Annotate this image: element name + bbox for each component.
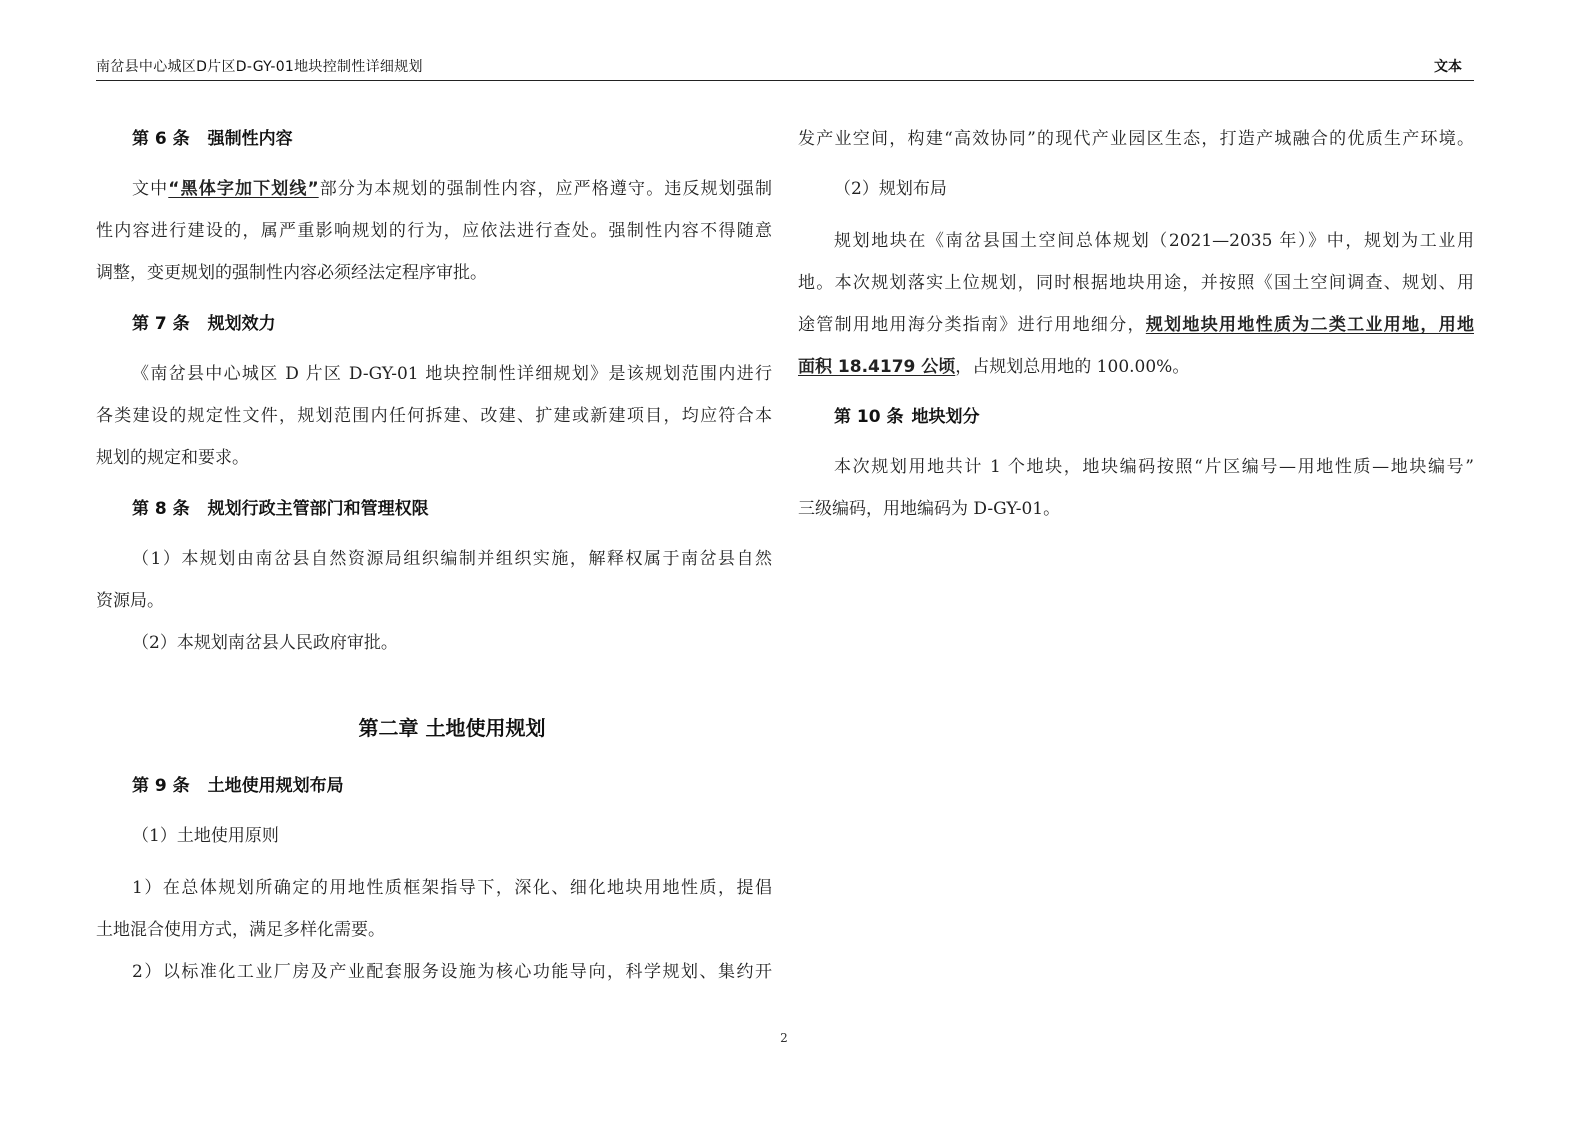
article-7-paragraph-line: 各类建设的规定性文件，规划范围内任何拆建、改建、扩建或新建项目，均应符合本	[96, 405, 772, 427]
emphasized-text: 面积 18.4179 公顷	[798, 357, 955, 377]
article-title: 土地使用规划布局	[208, 776, 344, 796]
article-6-paragraph-line: 调整，变更规划的强制性内容必须经法定程序审批。	[96, 262, 772, 284]
layout-paragraph-line: 地。本次规划落实上位规划，同时根据地块用途，并按照《国土空间调查、规划、用	[798, 272, 1474, 294]
article-10-paragraph-line: 三级编码，用地编码为 D-GY-01。	[798, 498, 1474, 520]
article-8-item-line: 资源局。	[96, 590, 772, 612]
article-10-heading: 第 10 条地块划分	[798, 406, 1510, 428]
page-header: 南岔县中心城区D片区D-GY-01地块控制性详细规划 文本	[96, 54, 1474, 81]
section-label: 文本	[1434, 56, 1462, 76]
article-9-point-line: 土地混合使用方式，满足多样化需要。	[96, 919, 772, 941]
layout-paragraph-line: 规划地块在《南岔县国土空间总体规划（2021—2035 年）》中，规划为工业用	[798, 230, 1474, 252]
article-title: 规划行政主管部门和管理权限	[208, 499, 429, 519]
article-title: 强制性内容	[208, 129, 293, 149]
article-number: 第 8 条	[132, 499, 190, 519]
text: ，占规划总用地的 100.00%。	[955, 357, 1189, 377]
article-9-point-line: 2）以标准化工业厂房及产业配套服务设施为核心功能导向，科学规划、集约开	[96, 961, 772, 983]
document-title: 南岔县中心城区D片区D-GY-01地块控制性详细规划	[96, 56, 423, 76]
article-7-paragraph-line: 规划的规定和要求。	[96, 447, 772, 469]
article-8-item-line: （2）本规划南岔县人民政府审批。	[96, 632, 772, 654]
emphasized-text: “黑体字加下划线”	[168, 179, 318, 199]
subsection-heading: （1）土地使用原则	[96, 825, 772, 847]
article-6-heading: 第 6 条强制性内容	[96, 128, 808, 150]
article-7-heading: 第 7 条规划效力	[96, 313, 808, 335]
article-number: 第 6 条	[132, 129, 190, 149]
article-title: 地块划分	[912, 407, 980, 427]
article-6-paragraph-line: 性内容进行建设的，属严重影响规划的行为，应依法进行查处。强制性内容不得随意	[96, 220, 772, 242]
article-number: 第 7 条	[132, 314, 190, 334]
article-9-point-line: 1）在总体规划所确定的用地性质框架指导下，深化、细化地块用地性质，提倡	[96, 877, 772, 899]
article-6-paragraph-line: 文中“黑体字加下划线”部分为本规划的强制性内容，应严格遵守。违反规划强制	[96, 178, 772, 200]
emphasized-text: 规划地块用地性质为二类工业用地，用地	[1146, 315, 1474, 335]
article-number: 第 9 条	[132, 776, 190, 796]
article-7-paragraph-line: 《南岔县中心城区 D 片区 D-GY-01 地块控制性详细规划》是该规划范围内进…	[96, 363, 772, 385]
chapter-heading: 第二章 土地使用规划	[96, 712, 808, 741]
article-8-item-line: （1）本规划由南岔县自然资源局组织编制并组织实施，解释权属于南岔县自然	[96, 548, 772, 570]
subsection-heading: （2）规划布局	[798, 178, 1474, 200]
page-number: 2	[0, 1031, 1568, 1045]
article-8-heading: 第 8 条规划行政主管部门和管理权限	[96, 498, 808, 520]
text: 文中	[132, 179, 168, 199]
article-9-point-line: 发产业空间，构建“高效协同”的现代产业园区生态，打造产城融合的优质生产环境。	[798, 128, 1474, 150]
article-10-paragraph-line: 本次规划用地共计 1 个地块，地块编码按照“片区编号—用地性质—地块编号”	[798, 456, 1474, 478]
article-number: 第 10 条	[834, 407, 904, 427]
layout-paragraph-line: 途管制用地用海分类指南》进行用地细分，规划地块用地性质为二类工业用地，用地	[798, 314, 1474, 336]
article-title: 规划效力	[208, 314, 276, 334]
layout-paragraph-line: 面积 18.4179 公顷，占规划总用地的 100.00%。	[798, 356, 1474, 378]
article-9-heading: 第 9 条土地使用规划布局	[96, 775, 808, 797]
text: 途管制用地用海分类指南》进行用地细分，	[798, 315, 1146, 335]
text: 部分为本规划的强制性内容，应严格遵守。违反规划强制	[319, 179, 772, 199]
